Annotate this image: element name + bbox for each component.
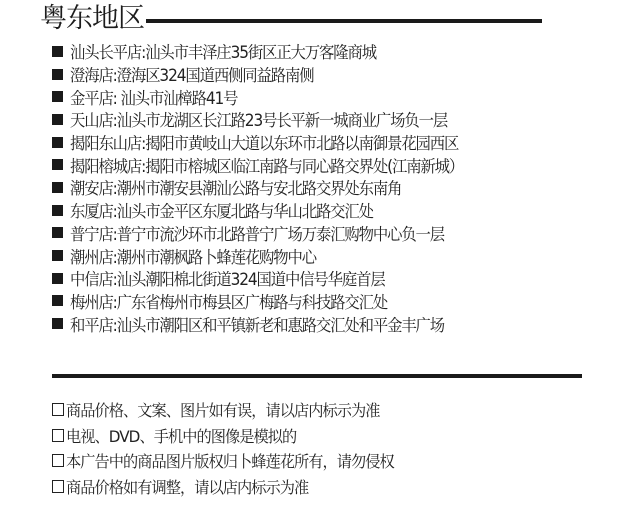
store-text: 天山店:汕头市龙湖区长江路23号长平新一城商业广场负一层 (70, 107, 447, 131)
square-bullet-icon (52, 250, 63, 261)
store-item: 梅州店:广东省梅州市梅县区广梅路与科技路交汇处 (52, 290, 493, 313)
header-rule (146, 19, 542, 23)
store-item: 潮州店:潮州市潮枫路卜蜂莲花购物中心 (52, 244, 493, 267)
region-title: 粤东地区 (40, 1, 144, 37)
store-text: 金平店: 汕头市汕樟路41号 (70, 85, 237, 109)
notice-list: 商品价格、文案、图片如有误，请以店内标示为准 电视、DVD、手机中的图像是模拟的… (52, 397, 411, 499)
notice-text: 商品价格、文案、图片如有误，请以店内标示为准 (66, 398, 380, 421)
store-text: 揭阳榕城店:揭阳市榕城区临江南路与同心路交界处(江南新城） (70, 153, 463, 177)
store-text: 和平店:汕头市潮阳区和平镇新老和惠路交汇处和平金丰广场 (70, 312, 444, 336)
store-text: 东厦店:汕头市金平区东厦北路与华山北路交汇处 (70, 198, 373, 222)
square-bullet-icon (52, 318, 63, 329)
square-bullet-icon (52, 205, 63, 216)
store-item: 潮安店:潮州市潮安县潮汕公路与安北路交界处东南角 (52, 176, 493, 199)
store-item: 和平店:汕头市潮阳区和平镇新老和惠路交汇处和平金丰广场 (52, 312, 493, 335)
store-text: 揭阳东山店:揭阳市黄岐山大道以东环市北路以南御景花园西区 (70, 130, 458, 154)
square-bullet-icon (52, 69, 63, 80)
store-text: 澄海店:澄海区324国道西侧同益路南侧 (70, 62, 313, 86)
region-header: 粤东地区 (40, 1, 542, 37)
store-text: 潮安店:潮州市潮安县潮汕公路与安北路交界处东南角 (70, 175, 401, 199)
notice-text: 本广告中的商品图片版权归卜蜂莲花所有，请勿侵权 (66, 449, 394, 472)
square-bullet-icon (52, 91, 63, 102)
hollow-square-icon (52, 480, 64, 493)
store-item: 澄海店:澄海区324国道西侧同益路南侧 (52, 63, 493, 86)
square-bullet-icon (52, 46, 63, 57)
square-bullet-icon (52, 295, 63, 306)
square-bullet-icon (52, 137, 63, 148)
square-bullet-icon (52, 159, 63, 170)
store-item: 揭阳榕城店:揭阳市榕城区临江南路与同心路交界处(江南新城） (52, 153, 493, 176)
store-text: 潮州店:潮州市潮枫路卜蜂莲花购物中心 (70, 244, 316, 268)
notice-item: 电视、DVD、手机中的图像是模拟的 (52, 423, 411, 449)
store-item: 金平店: 汕头市汕樟路41号 (52, 85, 493, 108)
square-bullet-icon (52, 227, 63, 238)
store-text: 中信店:汕头潮阳棉北街道324国道中信号华庭首层 (70, 266, 385, 290)
store-text: 汕头长平店:汕头市丰泽庄35街区正大万客隆商城 (70, 39, 376, 63)
store-text: 梅州店:广东省梅州市梅县区广梅路与科技路交汇处 (70, 289, 387, 313)
hollow-square-icon (52, 429, 64, 442)
notice-item: 本广告中的商品图片版权归卜蜂莲花所有，请勿侵权 (52, 448, 411, 474)
section-divider (52, 374, 582, 378)
store-item: 揭阳东山店:揭阳市黄岐山大道以东环市北路以南御景花园西区 (52, 131, 493, 154)
store-item: 汕头长平店:汕头市丰泽庄35街区正大万客隆商城 (52, 40, 493, 63)
notice-text: 商品价格如有调整，请以店内标示为准 (66, 475, 308, 498)
notice-item: 商品价格如有调整，请以店内标示为准 (52, 474, 411, 500)
notice-item: 商品价格、文案、图片如有误，请以店内标示为准 (52, 397, 411, 423)
notice-text: 电视、DVD、手机中的图像是模拟的 (66, 424, 296, 447)
store-item: 东厦店:汕头市金平区东厦北路与华山北路交汇处 (52, 199, 493, 222)
hollow-square-icon (52, 403, 64, 416)
square-bullet-icon (52, 114, 63, 125)
store-item: 普宁店:普宁市流沙环市北路普宁广场万泰汇购物中心负一层 (52, 222, 493, 245)
store-text: 普宁店:普宁市流沙环市北路普宁广场万泰汇购物中心负一层 (70, 221, 444, 245)
square-bullet-icon (52, 182, 63, 193)
store-item: 天山店:汕头市龙湖区长江路23号长平新一城商业广场负一层 (52, 108, 493, 131)
store-item: 中信店:汕头潮阳棉北街道324国道中信号华庭首层 (52, 267, 493, 290)
square-bullet-icon (52, 273, 63, 284)
hollow-square-icon (52, 454, 64, 467)
store-list: 汕头长平店:汕头市丰泽庄35街区正大万客隆商城 澄海店:澄海区324国道西侧同益… (52, 40, 493, 335)
